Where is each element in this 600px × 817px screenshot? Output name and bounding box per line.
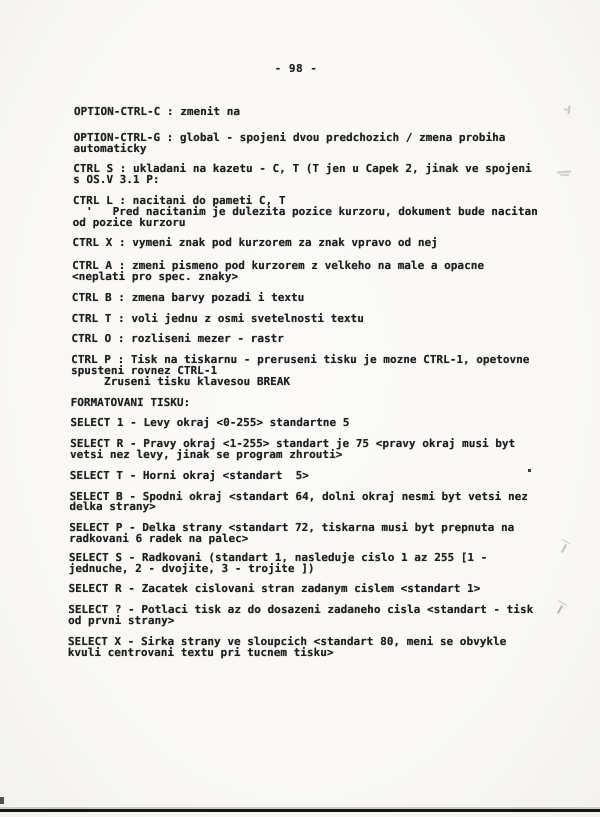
text-line: CTRL O : rozliseni mezer - rastr xyxy=(71,334,536,345)
page-number: - 98 - xyxy=(0,62,592,75)
paragraph-ctrl-p: CTRL P : Tisk na tiskarnu - preruseni ti… xyxy=(71,355,536,387)
text-line: jednuche, 2 - dvojite, 3 - trojite ]) xyxy=(69,564,534,575)
text-line: CTRL X : vymeni znak pod kurzorem za zna… xyxy=(72,238,537,249)
text-line: OPTION-CTRL-C : zmenit na xyxy=(74,107,539,118)
text-line: od prvni strany> xyxy=(68,616,533,627)
paragraph-select-b: SELECT B - Spodni okraj <standart 64, do… xyxy=(69,492,534,514)
pencil-mark xyxy=(557,605,563,614)
paragraph-select-s: SELECT S - Radkovani (standart 1, nasled… xyxy=(69,553,534,575)
paragraph-select-r-zacatek: SELECT R - Zacatek cislovani stran zadan… xyxy=(68,584,533,595)
paragraph-ctrl-b: CTRL B : zmena barvy pozadi i textu xyxy=(72,293,537,304)
text-line: FORMATOVANI TISKU: xyxy=(71,398,536,409)
text-line: delka strany> xyxy=(69,502,534,513)
text-line: radkovani 6 radek na palec> xyxy=(69,534,534,545)
paragraph-select-x: SELECT X - Sirka strany ve sloupcich <st… xyxy=(68,637,533,659)
paragraph-select-1: SELECT 1 - Levy okraj <0-255> standartne… xyxy=(70,418,535,429)
text-line: SELECT T - Horni okraj <standart 5> xyxy=(70,471,535,482)
paragraph-ctrl-x: CTRL X : vymeni znak pod kurzorem za zna… xyxy=(72,238,537,249)
document-body: OPTION-CTRL-C : zmenit na OPTION-CTRL-G … xyxy=(68,107,539,668)
pencil-mark xyxy=(567,106,570,114)
paragraph-select-r-pravy: SELECT R - Pravy okraj <1-255> standart … xyxy=(70,439,535,461)
pencil-mark xyxy=(561,544,567,553)
scanner-edge-notch xyxy=(0,797,4,804)
scanner-edge-line xyxy=(0,809,600,812)
text-line: kvuli centrovani textu pri tucnem tisku> xyxy=(68,648,533,659)
text-line: CTRL B : zmena barvy pozadi i textu xyxy=(72,293,537,304)
paragraph-ctrl-l: CTRL L : nacitani do pameti C, T ' Pred … xyxy=(73,196,538,228)
text-line: s OS.V 3.1 P: xyxy=(73,175,538,186)
paragraph-select-question: SELECT ? - Potlaci tisk az do dosazeni z… xyxy=(68,605,533,627)
paragraph-option-ctrl-c: OPTION-CTRL-C : zmenit na xyxy=(74,107,539,118)
pencil-mark xyxy=(557,171,571,174)
text-line: od pozice kurzoru xyxy=(73,218,538,229)
paragraph-ctrl-o: CTRL O : rozliseni mezer - rastr xyxy=(71,334,536,345)
paragraph-option-ctrl-g: OPTION-CTRL-G : global - spojeni dvou pr… xyxy=(73,133,538,155)
text-line: CTRL T : voli jednu z osmi svetelnosti t… xyxy=(72,314,537,325)
text-line: automaticky xyxy=(73,144,538,155)
text-line: SELECT R - Zacatek cislovani stran zadan… xyxy=(68,584,533,595)
paragraph-select-t: SELECT T - Horni okraj <standart 5> xyxy=(70,471,535,482)
text-line: <neplati pro spec. znaky> xyxy=(72,272,537,283)
paragraph-select-p: SELECT P - Delka strany <standart 72, ti… xyxy=(69,523,534,545)
section-heading-formatovani-tisku: FORMATOVANI TISKU: xyxy=(71,398,536,409)
ink-speck xyxy=(528,469,531,472)
text-line: Zruseni tisku klavesou BREAK xyxy=(71,377,536,388)
scanned-document-page: - 98 - OPTION-CTRL-C : zmenit na OPTION-… xyxy=(0,0,600,817)
paragraph-ctrl-s: CTRL S : ukladani na kazetu - C, T (T je… xyxy=(73,164,538,186)
paragraph-ctrl-a: CTRL A : zmeni pismeno pod kurzorem z ve… xyxy=(72,261,537,283)
paragraph-ctrl-t: CTRL T : voli jednu z osmi svetelnosti t… xyxy=(72,314,537,325)
text-line: SELECT 1 - Levy okraj <0-255> standartne… xyxy=(70,418,535,429)
text-line: vetsi nez levy, jinak se program zhrouti… xyxy=(70,450,535,461)
